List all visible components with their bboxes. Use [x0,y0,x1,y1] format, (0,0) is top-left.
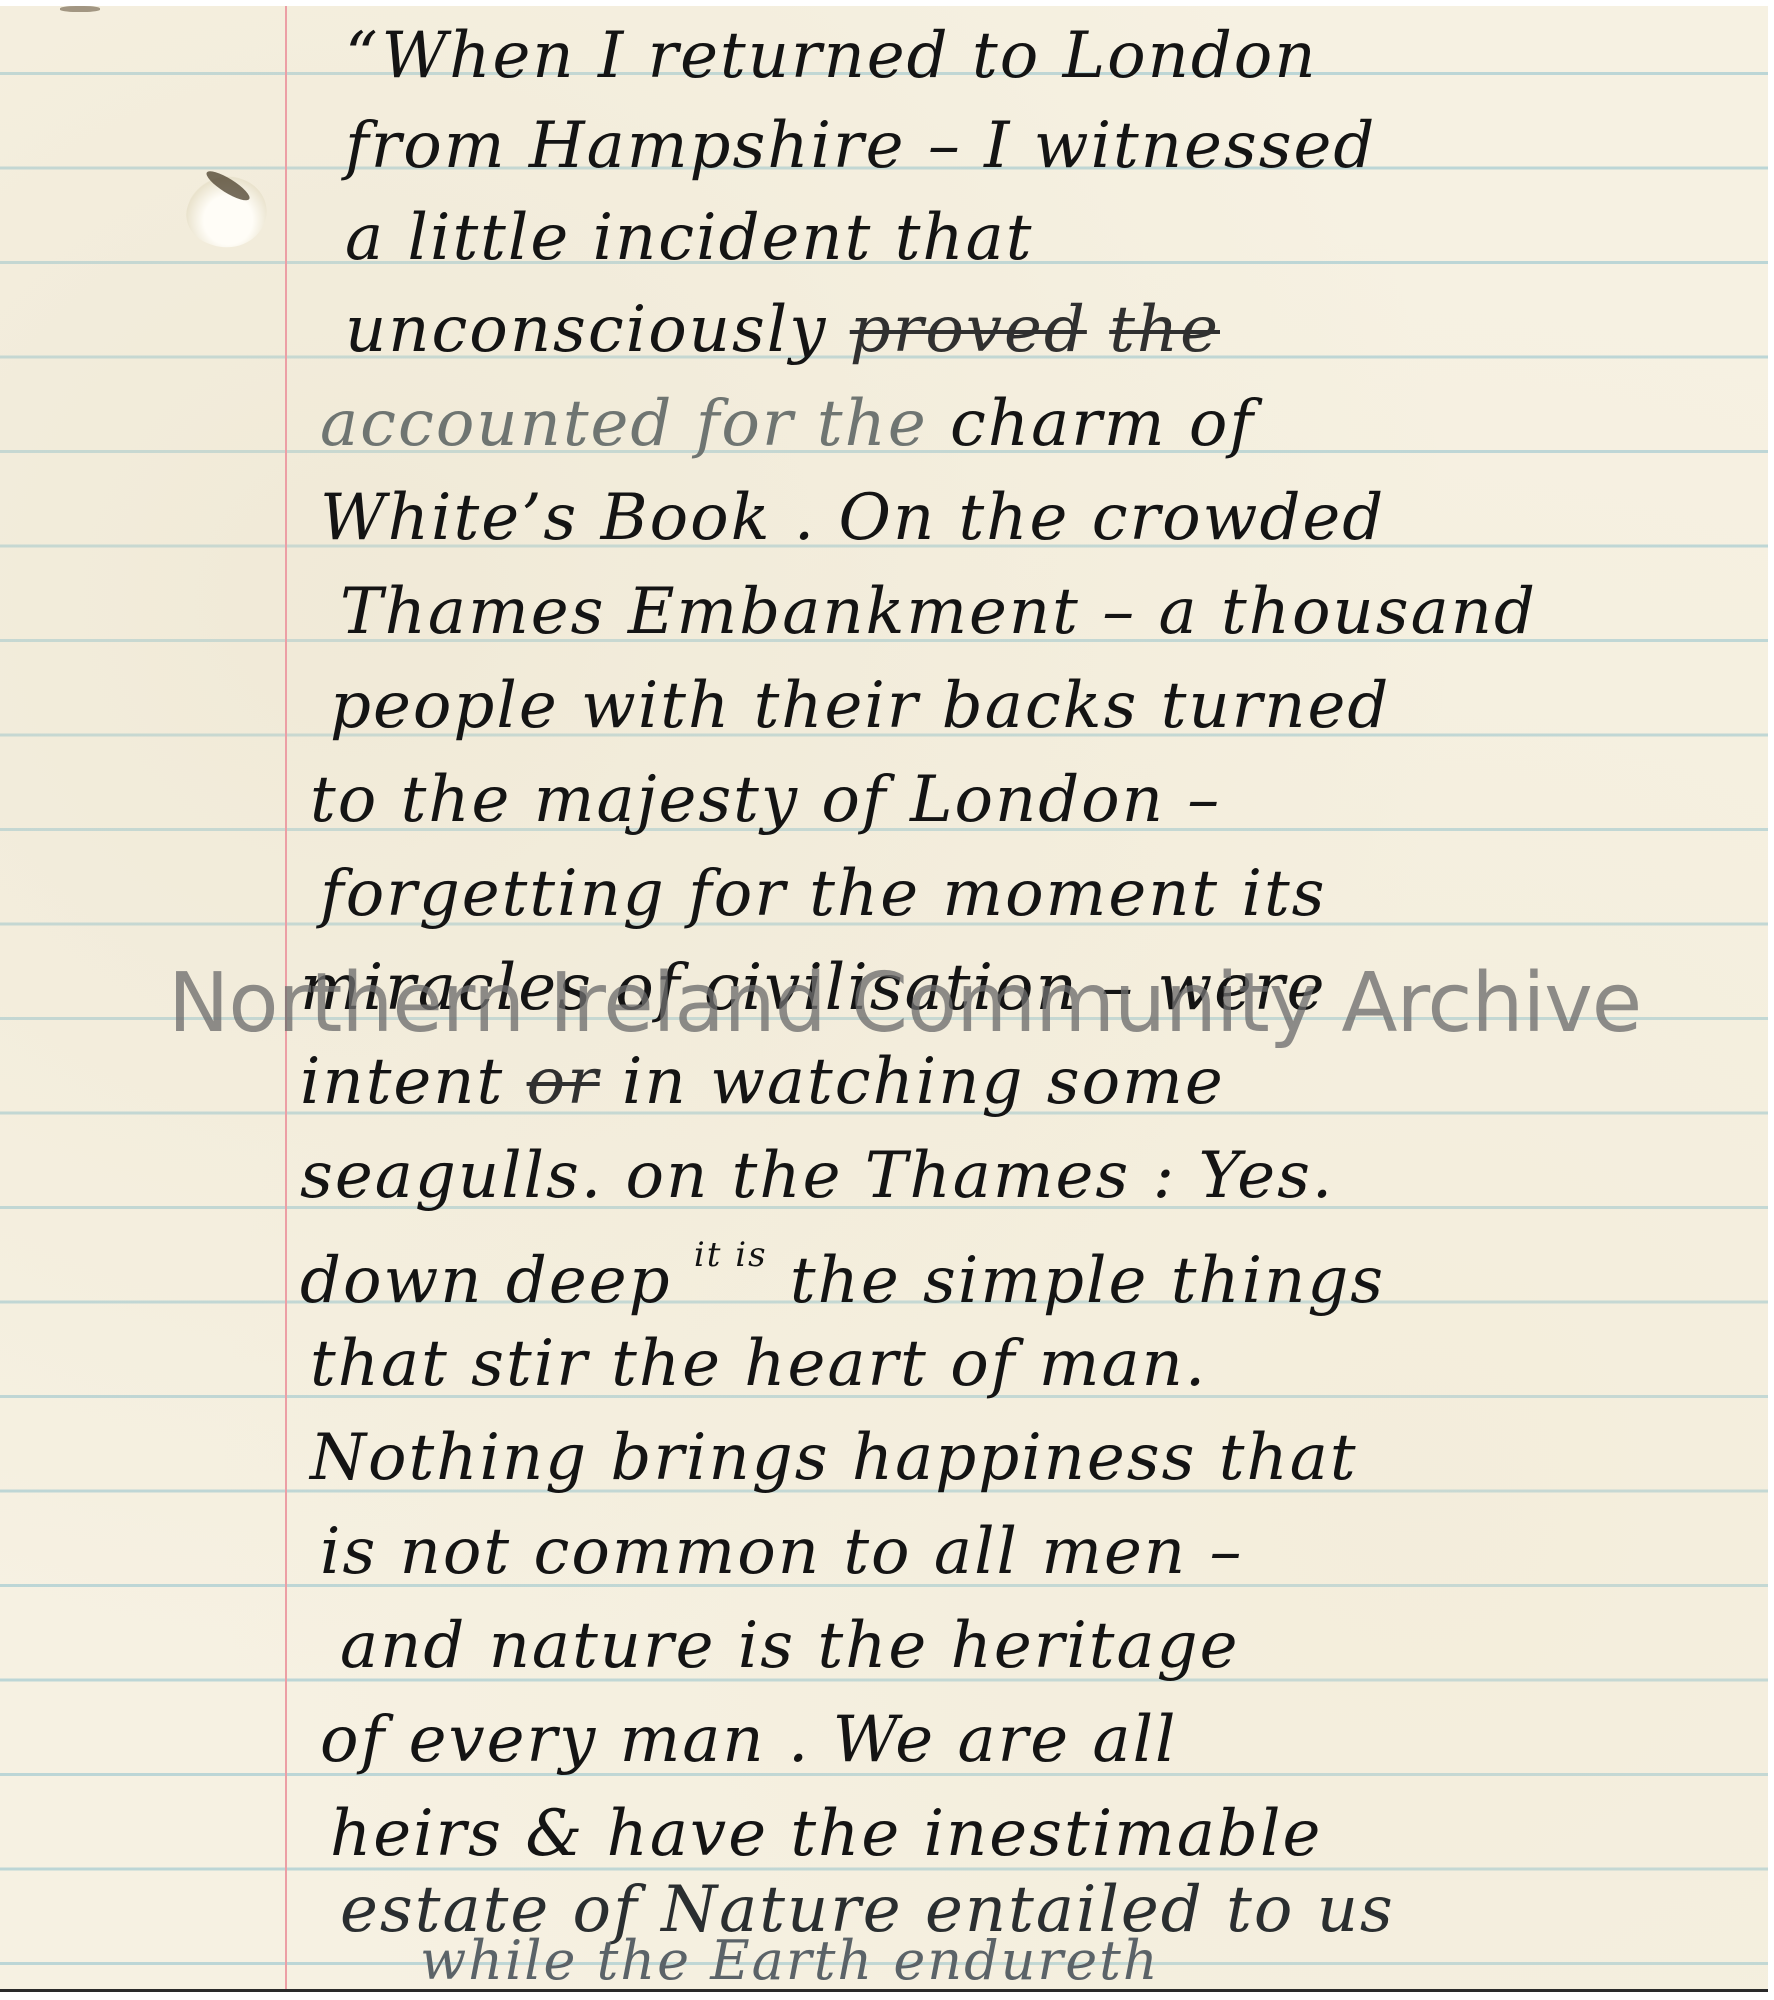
text-line-14: down deep it is the simple things [300,1238,1385,1313]
line-4-space [1087,293,1109,367]
text-line-2: from Hampshire – I witnessed [345,114,1376,178]
line-14-before: down deep [300,1244,694,1318]
archive-watermark: Northern Ireland Community Archive [168,956,1641,1051]
text-line-13: seagulls. on the Thames : Yes. [300,1144,1334,1208]
text-line-22: while the Earth endureth [420,1934,1160,1988]
text-line-12: intent or in watching some [300,1050,1225,1114]
text-line-7: Thames Embankment – a thousand [340,580,1537,644]
text-line-1: “When I returned to London [345,24,1318,88]
text-line-17: is not common to all men – [320,1520,1243,1584]
line-14-after: the simple things [768,1244,1386,1318]
caret-insertion: it is [694,1235,768,1275]
struck-word-the: the [1109,293,1220,367]
text-line-10: forgetting for the moment its [320,862,1327,926]
text-line-20: heirs & have the inestimable [330,1802,1322,1866]
line-5-text: charm of [950,387,1255,461]
line-12-before: intent [300,1045,527,1119]
text-line-16: Nothing brings happiness that [310,1426,1358,1490]
struck-word-or: or [527,1045,600,1119]
struck-word-proved: proved [850,293,1087,367]
line-12-after: in watching some [600,1045,1225,1119]
text-line-9: to the majesty of London – [310,768,1221,832]
text-line-4: unconsciously proved the [345,298,1220,362]
ruled-paper-page: “When I returned to London from Hampshir… [0,6,1768,1992]
text-line-8: people with their backs turned [330,674,1390,738]
text-line-3: a little incident that [345,206,1034,270]
text-line-15: that stir the heart of man. [310,1332,1207,1396]
text-line-19: of every man . We are all [320,1708,1178,1772]
pencil-insertion: accounted for the [320,387,950,461]
text-line-18: and nature is the heritage [340,1614,1240,1678]
text-line-6: White’s Book . On the crowded [320,486,1385,550]
line-4-text: unconsciously [345,293,850,367]
text-line-5: accounted for the charm of [320,392,1255,456]
